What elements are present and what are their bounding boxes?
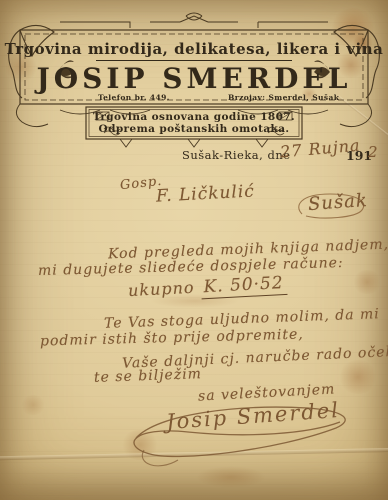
stain — [352, 270, 382, 294]
addressee-place: Sušak — [307, 190, 368, 215]
founded-line: Trgovina osnovana godine 1807. — [0, 111, 388, 123]
addressee-place-group: Sušak — [292, 188, 368, 220]
stain — [338, 360, 378, 394]
dateline-year-digit: 2 — [368, 143, 379, 161]
addressee-name: F. Ličkulić — [156, 181, 256, 206]
tagline-divider — [96, 60, 292, 61]
total-amount: K. 50·52 — [200, 273, 287, 299]
dateline-place: Sušak-Rieka, dne — [182, 148, 291, 162]
telegram-line: Brzojav: Smerdel, Sušak — [228, 93, 339, 102]
body-line: mi dugujete sliedeće dospjele račune: — [38, 255, 344, 279]
company-name: JOSIP SMERDEL — [0, 62, 388, 95]
letter-page: Trgovina mirodija, delikatesa, likera i … — [0, 0, 388, 500]
signature-block: Josip Smerdel — [118, 398, 358, 470]
banner-tassels — [120, 139, 268, 147]
telephone-line: Telefon br. 449. — [98, 93, 170, 102]
total-line: ukupno K. 50·52 — [128, 273, 288, 301]
frame-ornament-top — [60, 16, 328, 28]
total-label: ukupno — [128, 278, 195, 300]
shipping-line: Odprema poštanskih omotaka. — [0, 123, 388, 135]
body-line: te se bilježim — [94, 366, 202, 386]
body-line: podmir istih što prije odpremite, — [40, 327, 304, 350]
letterhead-tagline: Trgovina mirodija, delikatesa, likera i … — [0, 40, 388, 58]
stain — [20, 395, 46, 415]
